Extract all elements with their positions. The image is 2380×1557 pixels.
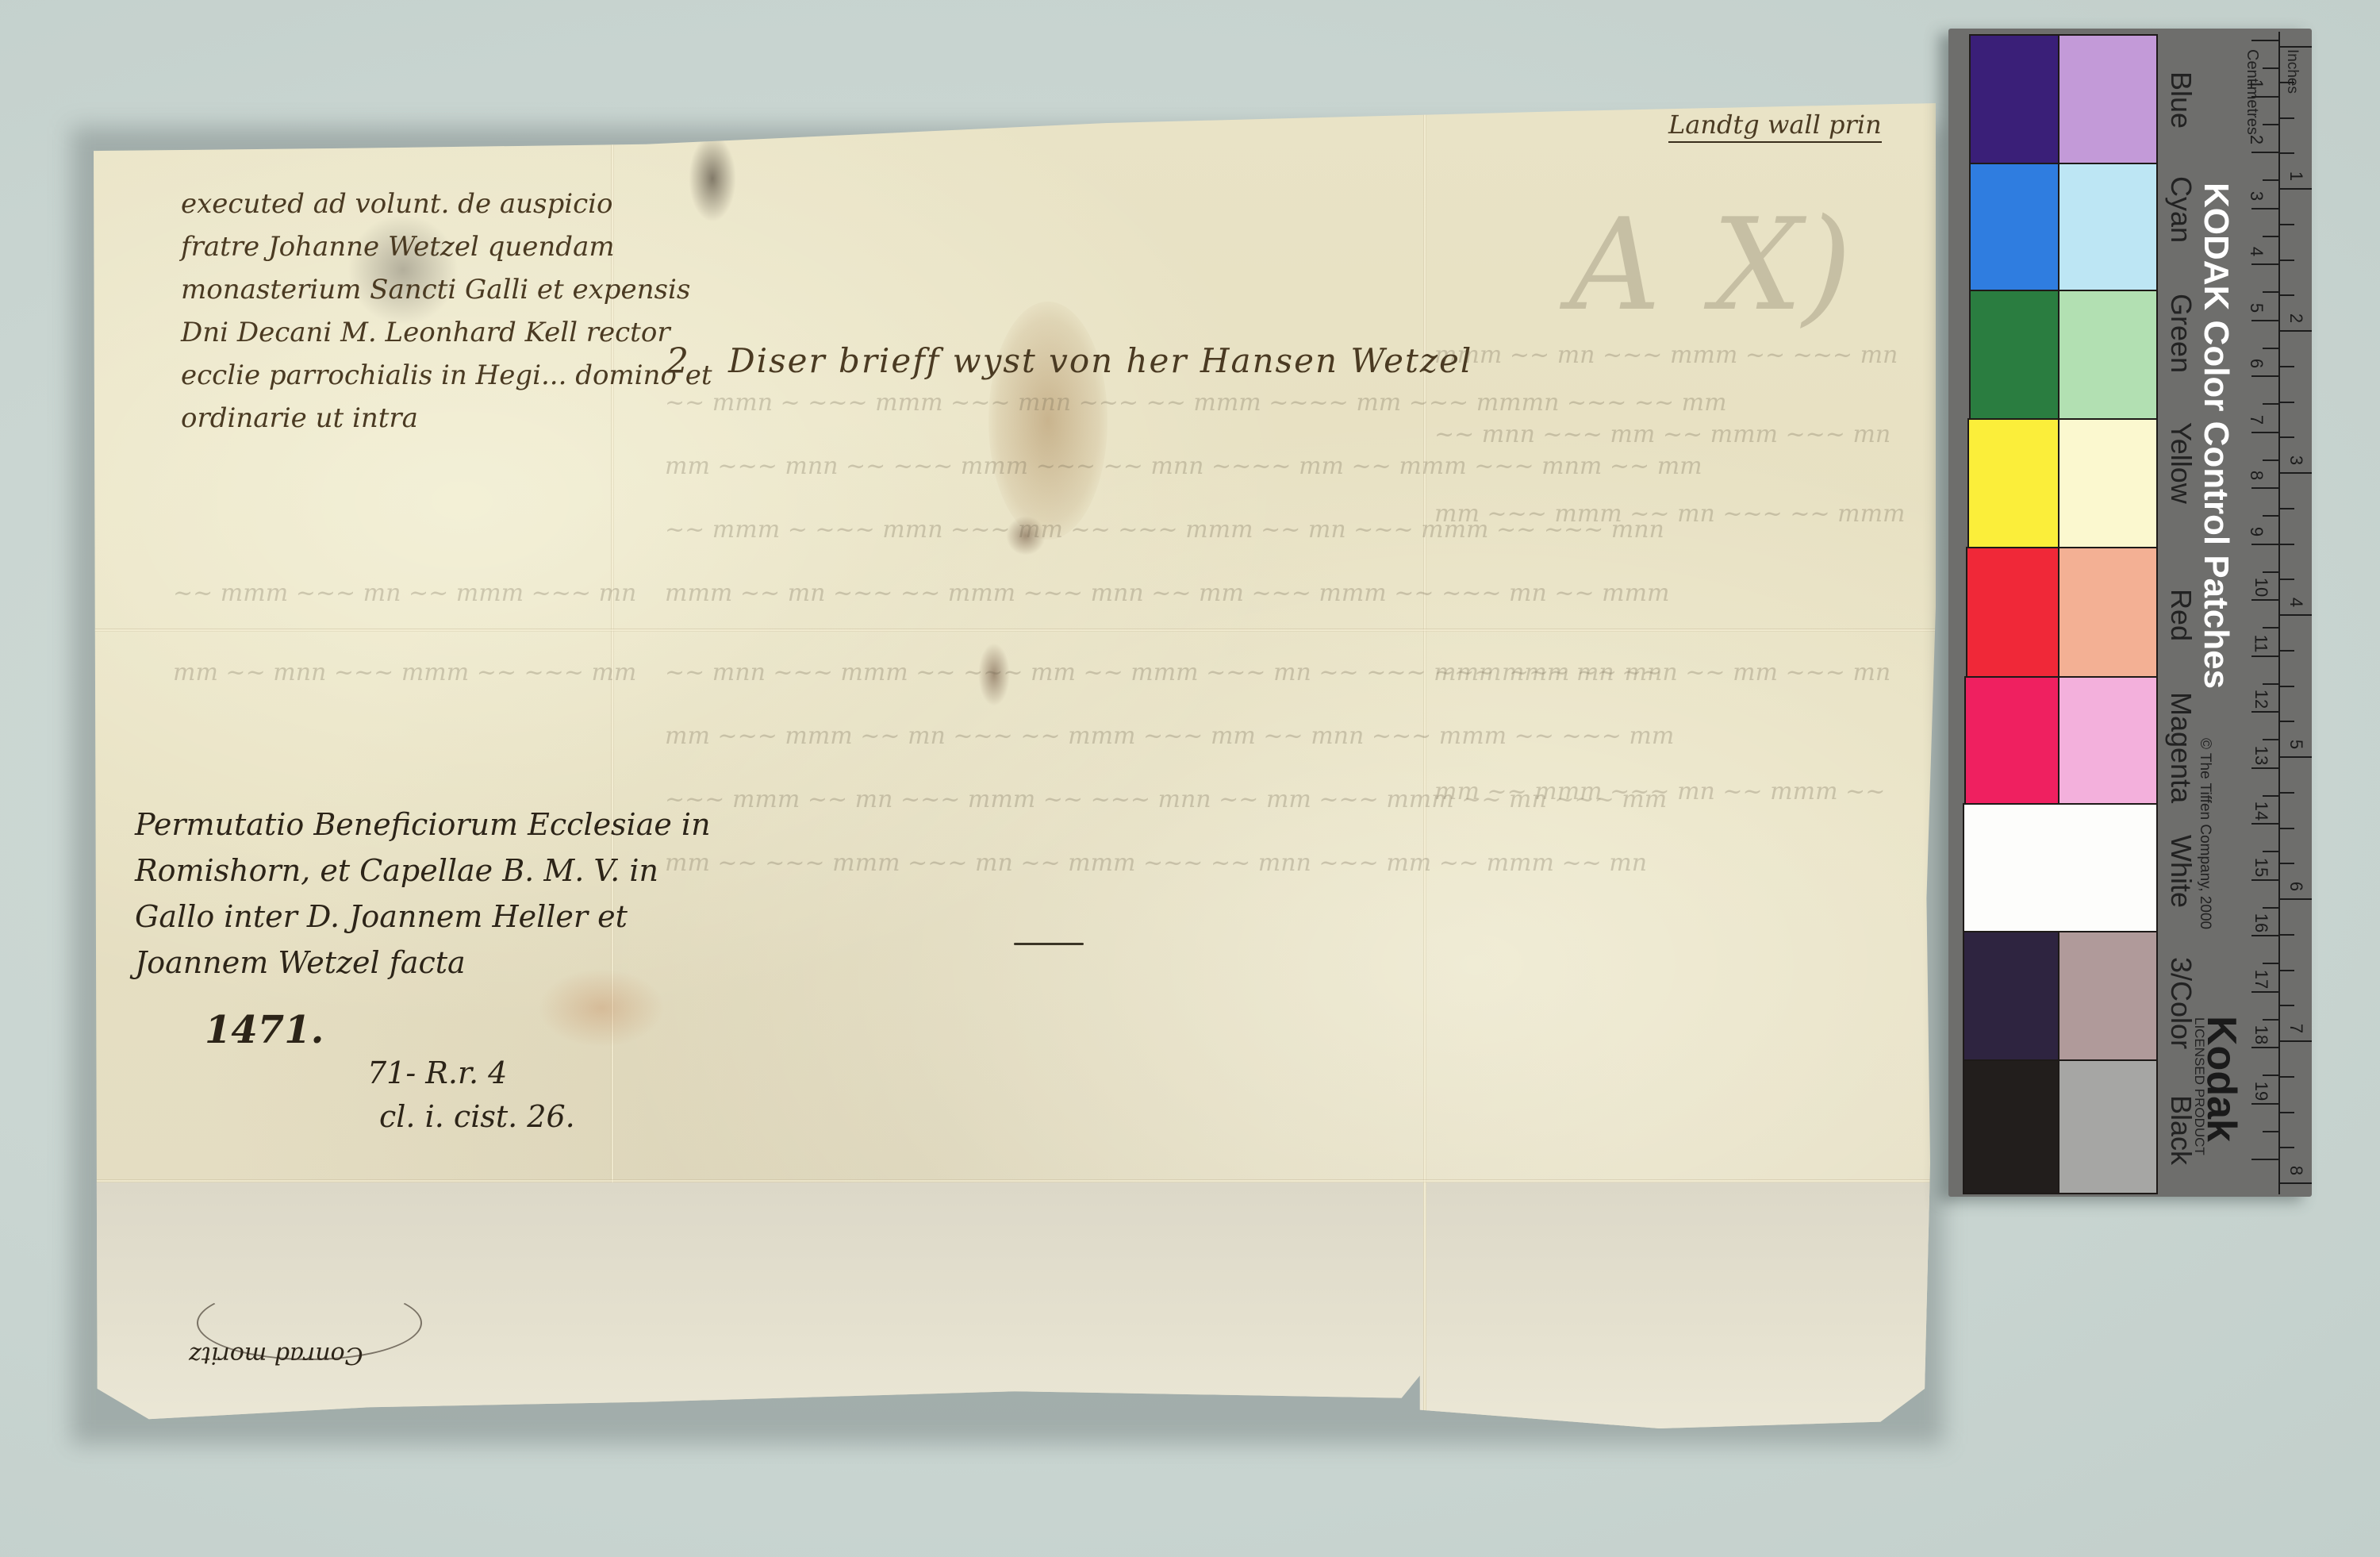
showthrough-text: mm ~~~ mmm ~~ mn ~~~ ~~ mmm	[1434, 500, 1905, 528]
archival-note-line: Permutatio Beneficiorum Ecclesiae in	[135, 802, 711, 848]
cm-tick	[2263, 67, 2278, 69]
cm-tick	[2263, 1019, 2278, 1021]
inch-tick	[2280, 614, 2312, 616]
inch-tick	[2280, 436, 2294, 438]
cm-tick	[2251, 320, 2278, 321]
cm-tick	[2263, 1131, 2278, 1132]
cm-tick	[2251, 544, 2278, 545]
cm-tick	[2263, 627, 2278, 629]
dorsal-note: Diser brieff wyst von her Hansen Wetzel	[728, 341, 1472, 380]
marginal-note-top-left: executed ad volunt. de auspicio fratre J…	[181, 183, 712, 440]
archival-note-line: Romishorn, et Capellae B. M. V. in	[135, 848, 711, 894]
ruler-label-centimetres: Centimetres	[2243, 49, 2261, 135]
cm-tick	[2251, 991, 2278, 993]
inch-tick	[2280, 224, 2294, 225]
dorsal-number: 2	[666, 341, 689, 382]
licensed-product: LICENSED PRODUCT	[2191, 1017, 2207, 1155]
inch-tick	[2280, 1076, 2294, 1078]
card-copyright: © The Tiffen Company, 2000	[2196, 738, 2213, 929]
showthrough-text: mm ~~~ mnn ~~ ~~~ mmm ~~~ ~~ mnn ~~~~ mm…	[665, 452, 1702, 480]
inch-tick	[2280, 650, 2294, 652]
showthrough-text: mm ~~ mmm ~~~ mn ~~ mmm ~~	[1434, 778, 1885, 805]
archival-note-line: Gallo inter D. Joannem Heller et	[135, 894, 711, 940]
shelfmark-line: 71- R.r. 4	[367, 1055, 507, 1090]
cm-tick	[2251, 152, 2278, 153]
inch-tick	[2280, 792, 2294, 794]
patch-white	[1963, 803, 2158, 932]
inch-tick	[2280, 898, 2312, 900]
ruler-line	[2278, 32, 2280, 1194]
inch-tick	[2280, 1182, 2312, 1184]
showthrough-text: mm ~~ ~~~ mmm ~~~ mn ~~ mmm ~~~ ~~ mnn ~…	[665, 849, 1647, 877]
cm-number: 13	[2251, 745, 2271, 764]
cm-number: 14	[2251, 802, 2271, 821]
cm-number: 16	[2251, 913, 2271, 932]
patch-label: Blue	[2164, 71, 2198, 129]
patch-cyan-dark	[1969, 163, 2059, 291]
inch-tick	[2280, 188, 2312, 190]
showthrough-text: ~~ mmn ~ ~~~ mmm ~~~ mnn ~~~ ~~ mmm ~~~~…	[665, 389, 1727, 417]
note-line: monasterium Sancti Galli et expensis	[181, 268, 712, 311]
inch-tick	[2280, 756, 2312, 758]
cm-tick	[2251, 96, 2278, 98]
inch-tick	[2280, 259, 2294, 261]
inch-tick	[2280, 82, 2294, 83]
parchment-document: ~~ mmn ~ ~~~ mmm ~~~ mnn ~~~ ~~ mmm ~~~~…	[94, 103, 1936, 1428]
showthrough-text: mmm ~~ mn ~~~ ~~ mmm ~~~ mnn ~~ mm ~~~ m…	[665, 579, 1669, 607]
inch-tick	[2280, 1112, 2294, 1113]
inch-tick	[2280, 1005, 2294, 1006]
cm-number: 15	[2251, 857, 2271, 876]
patch-green-dark	[1969, 290, 2059, 420]
cm-number: 19	[2251, 1081, 2271, 1100]
cm-tick	[2263, 291, 2278, 293]
cm-tick	[2251, 263, 2278, 265]
inch-tick	[2280, 330, 2312, 332]
inch-number: 5	[2286, 740, 2306, 749]
cm-number: 12	[2251, 690, 2271, 709]
inch-number: 8	[2286, 1166, 2306, 1175]
inch-tick	[2280, 1040, 2312, 1042]
signature-flourish	[197, 1286, 422, 1360]
card-title: KODAK Color Control Patches	[2196, 183, 2236, 689]
inch-number: 3	[2286, 456, 2306, 465]
cm-tick	[2263, 683, 2278, 685]
patch-red-dark	[1966, 547, 2059, 678]
inch-tick	[2280, 294, 2294, 296]
patch-label: Yellow	[2164, 422, 2198, 504]
showthrough-initial: X)	[1712, 190, 1852, 339]
cm-tick	[2263, 1075, 2278, 1076]
note-line: ordinarie ut intra	[181, 397, 712, 440]
ruler-label-inches: Inches	[2283, 49, 2301, 94]
cm-tick	[2263, 459, 2278, 461]
cm-number: 6	[2246, 359, 2267, 368]
note-line: fratre Johanne Wetzel quendam	[181, 225, 712, 268]
patch-yellow-light	[2058, 418, 2158, 548]
cm-tick	[2251, 935, 2278, 936]
cm-tick	[2263, 907, 2278, 909]
archival-note-line: Joannem Wetzel facta	[135, 940, 711, 986]
inch-tick	[2280, 934, 2294, 936]
note-line: executed ad volunt. de auspicio	[181, 183, 712, 225]
cm-number: 17	[2251, 969, 2271, 988]
inch-tick	[2280, 472, 2312, 474]
cm-tick	[2251, 375, 2278, 377]
inch-number: 2	[2286, 313, 2306, 323]
patch-3color-dark	[1963, 931, 2059, 1061]
cm-tick	[2263, 571, 2278, 573]
inch-tick	[2280, 402, 2294, 403]
cm-tick	[2251, 599, 2278, 601]
patch-3color-light	[2058, 931, 2158, 1061]
showthrough-text: mm ~~~ mmm ~~ mn ~~~ ~~ mmm ~~~ mm ~~ mn…	[665, 722, 1674, 750]
cm-tick	[2251, 711, 2278, 713]
cm-tick	[2251, 767, 2278, 769]
showthrough-text: mmm ~~ mn ~~~ mmm ~~ ~~~ mn	[1434, 341, 1898, 369]
cm-tick	[2251, 823, 2278, 825]
inch-number: 4	[2286, 598, 2306, 607]
cm-number: 5	[2246, 302, 2267, 312]
inch-tick	[2280, 508, 2294, 509]
inch-tick	[2280, 1147, 2294, 1148]
top-right-note: Landtg wall prin	[1668, 110, 1882, 143]
cm-tick	[2263, 403, 2278, 405]
cm-number: 18	[2251, 1025, 2271, 1044]
cm-tick	[2251, 655, 2278, 657]
cm-number: 11	[2250, 634, 2271, 652]
inch-tick	[2280, 863, 2294, 864]
showthrough-text: mm ~~ mnn ~~~ mmm ~~ ~~~ mm	[173, 659, 636, 686]
cm-tick	[2251, 432, 2278, 433]
patch-label: Green	[2164, 294, 2198, 373]
inch-tick	[2280, 46, 2312, 48]
cm-tick	[2251, 1047, 2278, 1048]
inch-tick	[2280, 366, 2294, 367]
inch-tick	[2280, 544, 2294, 545]
patch-black-dark	[1963, 1059, 2059, 1194]
inch-number: 1	[2286, 171, 2306, 181]
fold-line-horizontal	[94, 629, 1936, 632]
cm-tick	[2263, 236, 2278, 237]
inch-tick	[2280, 117, 2294, 119]
cm-tick	[2263, 851, 2278, 852]
cm-tick	[2251, 1159, 2278, 1160]
patch-blue-light	[2058, 34, 2158, 164]
folded-flap-right	[1426, 1182, 1942, 1428]
cm-tick	[2263, 963, 2278, 964]
patch-magenta-light	[2058, 676, 2158, 805]
patch-yellow-dark	[1967, 418, 2059, 548]
year: 1471.	[205, 1008, 324, 1052]
cm-tick	[2251, 1103, 2278, 1105]
inch-tick	[2280, 721, 2294, 722]
cm-number: 8	[2246, 471, 2267, 480]
patch-blue-dark	[1969, 34, 2059, 164]
showthrough-text: ~~ mnn ~~~ mm ~~ mmm ~~~ mn	[1434, 421, 1891, 448]
cm-tick	[2251, 487, 2278, 489]
cm-number: 9	[2246, 526, 2267, 536]
patch-label: Cyan	[2164, 176, 2198, 243]
archival-note: Permutatio Beneficiorum Ecclesiae in Rom…	[135, 802, 711, 986]
cm-number: 3	[2246, 190, 2267, 200]
inch-tick	[2280, 579, 2294, 580]
water-stain	[988, 302, 1107, 540]
patch-black-light	[2058, 1059, 2158, 1194]
inch-tick	[2280, 828, 2294, 829]
note-line: Dni Decani M. Leonhard Kell rector	[181, 311, 712, 354]
patch-magenta-dark	[1964, 676, 2059, 805]
patch-cyan-light	[2058, 163, 2158, 291]
inch-number: 7	[2286, 1024, 2306, 1033]
patch-label: Red	[2164, 589, 2198, 641]
cm-tick	[2251, 208, 2278, 210]
cm-number: 10	[2251, 578, 2271, 597]
cm-number: 2	[2246, 135, 2267, 144]
inch-tick	[2280, 152, 2294, 154]
showthrough-text: ~~~ mmm ~~ mnn ~~ mm ~~~ mn	[1434, 659, 1891, 686]
cm-number: 4	[2246, 247, 2267, 256]
cm-tick	[2263, 179, 2278, 181]
patch-green-light	[2058, 290, 2158, 420]
cm-tick	[2263, 124, 2278, 125]
cm-number: 1	[2246, 79, 2267, 88]
inch-tick	[2280, 686, 2294, 687]
cm-tick	[2263, 348, 2278, 349]
note-line: ecclie parrochialis in Hegi... domino et	[181, 354, 712, 397]
cm-number: 7	[2246, 414, 2267, 424]
cm-tick	[2263, 795, 2278, 797]
cm-tick	[2251, 40, 2278, 41]
showthrough-initial: A	[1569, 190, 1661, 339]
inch-tick	[2280, 970, 2294, 971]
patch-red-light	[2058, 547, 2158, 678]
cm-tick	[2263, 515, 2278, 517]
parchment-slit	[1014, 943, 1084, 945]
shelfmark-line: cl. i. cist. 26.	[379, 1099, 575, 1134]
showthrough-text: ~~ mmm ~~~ mn ~~ mmm ~~~ mn	[173, 579, 636, 607]
patch-label: Magenta	[2164, 692, 2198, 803]
patch-label: White	[2164, 835, 2198, 908]
cm-tick	[2251, 879, 2278, 881]
inch-number: 6	[2286, 882, 2306, 891]
cm-tick	[2263, 739, 2278, 740]
